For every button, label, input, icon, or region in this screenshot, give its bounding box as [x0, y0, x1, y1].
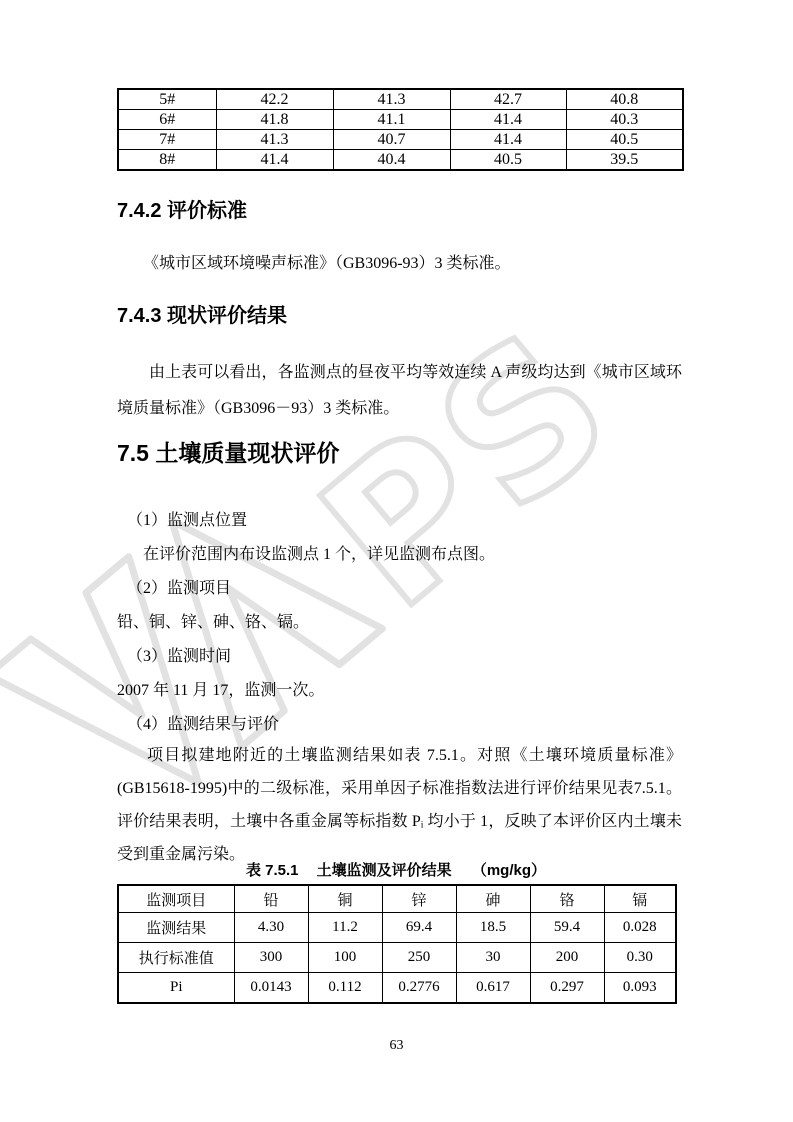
- table-cell: 0.30: [604, 943, 676, 973]
- table-cell: 砷: [456, 885, 530, 913]
- table-cell: 0.297: [530, 973, 604, 1004]
- table-cell: 0.617: [456, 973, 530, 1004]
- table-row: 7# 41.3 40.7 41.4 40.5: [118, 130, 683, 150]
- section-heading-7-5: 7.5 土壤质量现状评价: [117, 435, 339, 468]
- table-cell: 41.4: [216, 150, 333, 171]
- table-cell: 镉: [604, 885, 676, 913]
- table-cell: 监测结果: [118, 913, 234, 943]
- table-row: 监测结果 4.30 11.2 69.4 18.5 59.4 0.028: [118, 913, 676, 943]
- table-header-row: 监测项目 铅 铜 锌 砷 铬 镉: [118, 885, 676, 913]
- table-cell: 41.8: [216, 110, 333, 130]
- document-page: 5# 42.2 41.3 42.7 40.8 6# 41.8 41.1 41.4…: [0, 0, 793, 1122]
- table-cell: 40.4: [333, 150, 450, 171]
- table-cell: 6#: [118, 110, 216, 130]
- soil-table-caption: 表 7.5.1 土壤监测及评价结果 （mg/kg）: [117, 859, 675, 880]
- table-cell: 41.3: [333, 89, 450, 110]
- table-cell: 18.5: [456, 913, 530, 943]
- noise-table: 5# 42.2 41.3 42.7 40.8 6# 41.8 41.1 41.4…: [117, 88, 684, 171]
- table-cell: 40.3: [566, 110, 683, 130]
- table-cell: 11.2: [308, 913, 382, 943]
- paragraph-soil-result: 项目拟建地附近的土壤监测结果如表 7.5.1。对照《土壤环境质量标准》(GB15…: [117, 739, 682, 871]
- table-cell: 40.5: [450, 150, 566, 171]
- list-item: （1）监测点位置: [117, 504, 682, 538]
- table-cell: 69.4: [382, 913, 456, 943]
- table-cell: 铬: [530, 885, 604, 913]
- table-cell: 40.8: [566, 89, 683, 110]
- table-cell: 42.2: [216, 89, 333, 110]
- soil-table: 监测项目 铅 铜 锌 砷 铬 镉 监测结果 4.30 11.2 69.4 18.…: [117, 884, 677, 1004]
- section-heading-7-4-2: 7.4.2 评价标准: [117, 194, 247, 223]
- table-row: 5# 42.2 41.3 42.7 40.8: [118, 89, 683, 110]
- table-row: 6# 41.8 41.1 41.4 40.3: [118, 110, 683, 130]
- page-number: 63: [0, 1038, 793, 1054]
- table-cell: 59.4: [530, 913, 604, 943]
- table-row: 8# 41.4 40.4 40.5 39.5: [118, 150, 683, 171]
- table-cell: 250: [382, 943, 456, 973]
- table-row: Pi 0.0143 0.112 0.2776 0.617 0.297 0.093: [118, 973, 676, 1004]
- table-cell: 0.112: [308, 973, 382, 1004]
- soil-section-lines: （1）监测点位置 在评价范围内布设监测点 1 个，详见监测布点图。 （2）监测项…: [117, 504, 682, 742]
- table-cell: 7#: [118, 130, 216, 150]
- table-cell: 0.2776: [382, 973, 456, 1004]
- table-row: 执行标准值 300 100 250 30 200 0.30: [118, 943, 676, 973]
- list-item: （3）监测时间: [117, 640, 682, 674]
- table-cell: 0.093: [604, 973, 676, 1004]
- list-item: （2）监测项目: [117, 572, 682, 606]
- table-cell: 0.0143: [234, 973, 308, 1004]
- table-cell: 4.30: [234, 913, 308, 943]
- section-heading-7-4-3: 7.4.3 现状评价结果: [117, 299, 287, 328]
- caption-title: 土壤监测及评价结果: [317, 862, 452, 879]
- table-cell: 8#: [118, 150, 216, 171]
- table-cell: 锌: [382, 885, 456, 913]
- table-cell: 铜: [308, 885, 382, 913]
- table-cell: 39.5: [566, 150, 683, 171]
- table-cell: 监测项目: [118, 885, 234, 913]
- table-cell: 40.5: [566, 130, 683, 150]
- table-cell: 300: [234, 943, 308, 973]
- table-cell: 0.028: [604, 913, 676, 943]
- table-cell: 100: [308, 943, 382, 973]
- table-cell: 41.4: [450, 130, 566, 150]
- list-item: 在评价范围内布设监测点 1 个，详见监测布点图。: [117, 538, 682, 572]
- table-cell: 40.7: [333, 130, 450, 150]
- list-item: （4）监测结果与评价: [117, 708, 682, 742]
- table-cell: 200: [530, 943, 604, 973]
- caption-label: 表 7.5.1: [246, 862, 299, 879]
- list-item: 铅、铜、锌、砷、铬、镉。: [117, 606, 682, 640]
- paragraph-noise-result: 由上表可以看出，各监测点的昼夜平均等效连续 A 声级均达到《城市区域环境质量标准…: [117, 355, 682, 427]
- table-cell: 5#: [118, 89, 216, 110]
- paragraph-noise-standard: 《城市区域环境噪声标准》（GB3096-93）3 类标准。: [117, 252, 682, 276]
- table-cell: 41.1: [333, 110, 450, 130]
- table-cell: 执行标准值: [118, 943, 234, 973]
- table-cell: 铅: [234, 885, 308, 913]
- table-cell: 42.7: [450, 89, 566, 110]
- table-cell: 41.3: [216, 130, 333, 150]
- table-cell: Pi: [118, 973, 234, 1004]
- table-cell: 41.4: [450, 110, 566, 130]
- caption-unit: （mg/kg）: [472, 862, 546, 879]
- table-cell: 30: [456, 943, 530, 973]
- list-item: 2007 年 11 月 17，监测一次。: [117, 674, 682, 708]
